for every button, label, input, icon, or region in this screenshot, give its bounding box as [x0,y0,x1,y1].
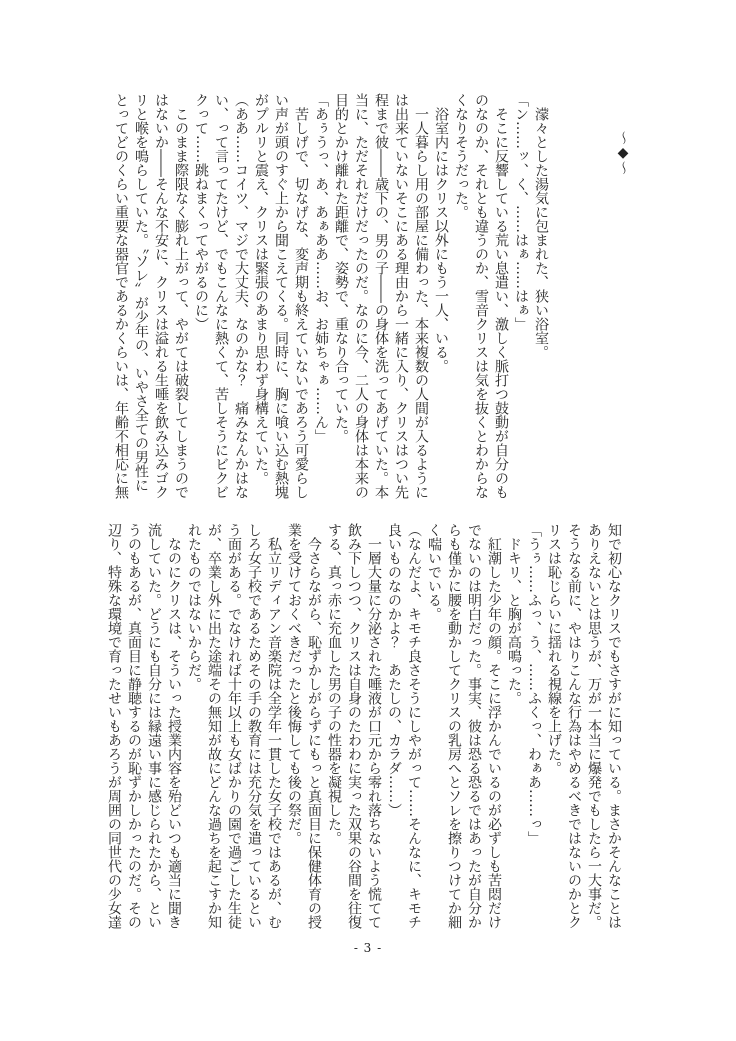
text-line: う面がある。でなければ十年以上も女ばかりの園で過ごした生徒 [224,523,244,935]
text-line: がプルリと震え、クリスは緊張のあまり思わず身構えていた。 [251,93,271,500]
text-line: リと喉を鳴らしていた。〝ソレ〟が少年の、いやさ全ての男性に [131,93,151,500]
text-line: い声が頭のすぐ上から聞こえてくる。同時に、胸に喰い込む熱塊 [271,93,291,500]
text-line: このまま際限なく膨れ上がって、やがては破裂してしまうので [171,93,191,500]
text-line: 知で初心なクリスでもさすがに知っている。まさかそんなことは [604,523,624,935]
text-line: 「うぅ……ふっ、う、……ふくっ、わぁあ……っ」 [524,523,544,935]
text-line: しろ女子校であるためその手の教育には充分気を遣っているとい [244,523,264,935]
text-line: 濛々とした湯気に包まれた、狭い浴室。 [531,93,551,500]
text-line: 流していた。どうにも自分には縁遠い事に感じられたから、とい [144,523,164,935]
text-line: くなりそうだった。 [451,93,471,500]
text-line: 良いものなのかよ？ あたしの、カラダ……） [384,523,404,935]
text-line: 苦しげで、切なげな、変声期も終えていないであろう可愛らし [291,93,311,500]
text-line: 当に、ただそれだけだったのだ。なのに今、二人の身体は本来の [351,93,371,500]
text-line: 程まで彼――歳下の、男の子――の身体を洗ってあげていた。本 [371,93,391,500]
text-line: 一人暮らし用の部屋に備わった、本来複数の人間が入るように [411,93,431,500]
text-line: 私立リディアン音楽院は全学年一貫した女子校ではあるが、む [264,523,284,935]
text-line: ありえないとは思うが、万が一本当に爆発でもしたら一大事だ。 [584,523,604,935]
text-line: れたものではないからだ。 [184,523,204,935]
text-line: でないのは明白だった。事実、彼は恐る恐るではあったが自分か [464,523,484,935]
text-line: そこに反響している荒い息遣い、激しく脈打つ鼓動が自分のも [491,93,511,500]
text-line: 業を受けておくべきだったと後悔しても後の祭だ。 [284,523,304,935]
text-line: 「あぅうっ、あ、あぁああ……お、お姉ちゃぁ……ん」 [311,93,331,500]
text-line: 紅潮した少年の顔。そこに浮かんでいるのが必ずしも苦悶だけ [484,523,504,935]
text-line: らも僅かに腰を動かしてクリスの乳房へとソレを擦りつけてか細 [444,523,464,935]
text-line: 浴室内にはクリス以外にもう一人、いる。 [431,93,451,500]
text-line: そうなる前に、やはりこんな行為はやめるべきではないのかとク [564,523,584,935]
novel-page: 〜◆〜 濛々とした湯気に包まれた、狭い浴室。「ン……ッ、く、……はぁ……はぁ」 … [0,0,736,1041]
text-line: 飲み下しつつ、クリスは自身のたわわに実った双果の谷間を往復 [344,523,364,935]
text-line: のなのか、それとも違うのか、雪音クリスは気を抜くとわからな [471,93,491,500]
text-line: く喘いでいる。 [424,523,444,935]
text-line: 一層大量に分泌された唾液が口元から零れ落ちないよう慌てて [364,523,384,935]
text-line: は出来ていないそこにある理由から一緒に入り、クリスはつい先 [391,93,411,500]
text-line: する、真っ赤に充血した男の子の性器を凝視した。 [324,523,344,935]
text-line: はないか――そんな不安に、クリスは溢れる生唾を飲み込みゴク [151,93,171,500]
text-line: とってどのくらい重要な器官であるかくらいは、年齢不相応に無 [111,93,131,500]
text-line: い、って言ってたけど、でもこんなに熱くて、苦しそうにビクビ [211,93,231,500]
text-line: クって……跳ねまくってやがるのに） [191,93,211,500]
text-line: （なんだよ、キモチ良さそうにしやがって……そんなに、キモチ [404,523,424,935]
text-line: ドキリ、と胸が高鳴った。 [504,523,524,935]
text-line: なのにクリスは、そういった授業内容を殆どいつも適当に聞き [164,523,184,935]
text-line: うのもあるが、真面目に静聴するのが恥ずかしかったのだ。その [124,523,144,935]
text-block-top: 〜◆〜 濛々とした湯気に包まれた、狭い浴室。「ン……ッ、く、……はぁ……はぁ」 … [111,93,633,500]
section-divider: 〜◆〜 [613,93,633,500]
text-line: が、卒業し外に出た途端その無知が故にどんな過ちを起こすか知 [204,523,224,935]
text-line: リスは恥じらいに揺れる視線を上げた。 [544,523,564,935]
text-line: 「ン……ッ、く、……はぁ……はぁ」 [511,93,531,500]
text-line: 目的とかけ離れた距離で、姿勢で、重なり合っていた。 [331,93,351,500]
text-line: （ああ……コイツ、マジで大丈夫、なのかな？ 痛みなんかはな [231,93,251,500]
text-block-bottom: 知で初心なクリスでもさすがに知っている。まさかそんなことはありえないとは思うが、… [104,523,624,935]
page-number: - 3 - [0,941,736,955]
text-line: 辺り、特殊な環境で育ったせいもあろうが周囲の同世代の少女達 [104,523,124,935]
text-line: 今さらながら、恥ずかしがらずにもっと真面目に保健体育の授 [304,523,324,935]
